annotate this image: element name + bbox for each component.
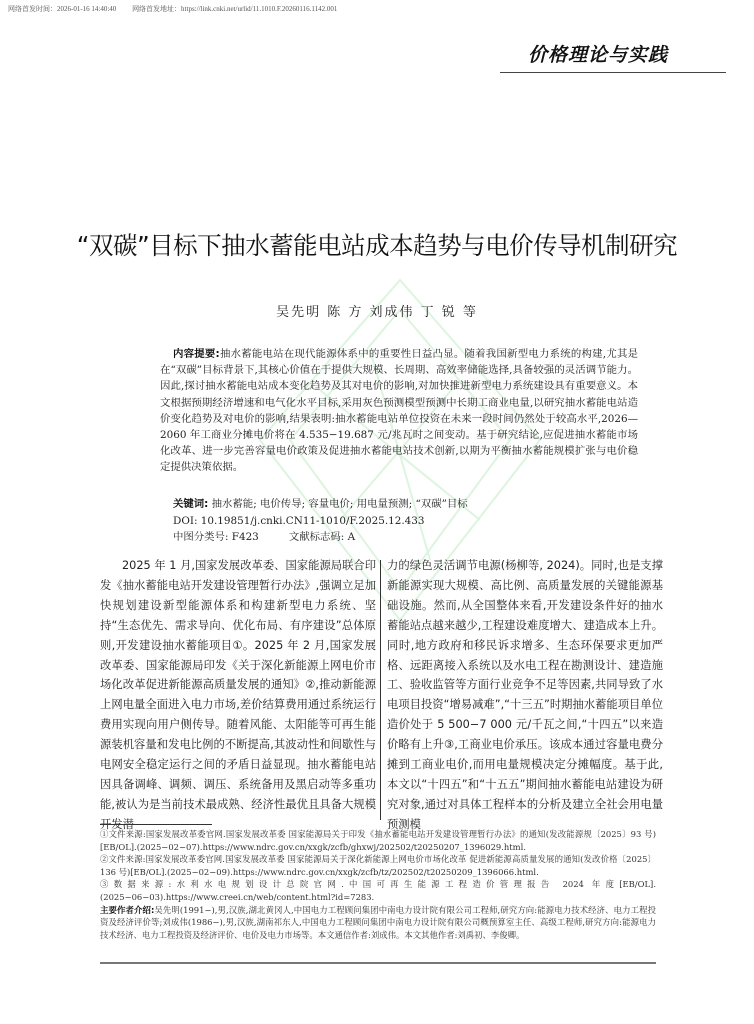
footnote-1: ①文件来源:国家发展改革委官网.国家发展改革委 国家能源局关于印发《抽水蓄能电站… <box>100 828 656 853</box>
footnotes-section: ①文件来源:国家发展改革委官网.国家发展改革委 国家能源局关于印发《抽水蓄能电站… <box>100 828 656 941</box>
abstract-label: 内容提要: <box>173 348 220 360</box>
journal-name: 价格理论与实践 <box>528 40 668 67</box>
article-title: “双碳”目标下抽水蓄能电站成本趋势与电价传导机制研究 <box>0 227 754 262</box>
keywords-label: 关键词: <box>173 498 208 510</box>
online-publication-info: 网络首发时间：2026-01-16 14:40:40 网络首发地址：https:… <box>8 4 351 14</box>
body-right-column: 力的绿色灵活调节电源(杨柳等, 2024)。同时,也是支撑新能源实现大规模、高比… <box>387 556 663 835</box>
header-rule <box>500 72 726 73</box>
article-authors: 吴先明 陈 方 刘成伟 丁 锐 等 <box>0 301 754 320</box>
footnote-3: ③数据来源:水利水电规划设计总院官网.中国可再生能源工程造价管理报告 2024 … <box>100 878 656 903</box>
keywords-text: 抽水蓄能; 电价传导; 容量电价; 用电量预测; “双碳”目标 <box>212 498 468 510</box>
document-code: 文献标志码: A <box>289 531 355 543</box>
page-bottom-rule <box>100 962 656 964</box>
publish-time: 网络首发时间：2026-01-16 14:40:40 <box>8 5 116 13</box>
doi[interactable]: DOI: 10.19851/j.cnki.CN11-1010/F.2025.12… <box>173 513 643 530</box>
body-paragraph: 力的绿色灵活调节电源(杨柳等, 2024)。同时,也是支撑新能源实现大规模、高比… <box>387 556 663 835</box>
publish-url[interactable]: 网络首发地址：https://link.cnki.net/urlid/11.10… <box>132 5 337 13</box>
footnote-rule <box>100 824 212 825</box>
author-intro: 主要作者介绍:吴先明(1991−),男,汉族,湖北黄冈人,中国电力工程顾问集团中… <box>100 904 656 942</box>
body-left-column: 2025 年 1 月,国家发展改革委、国家能源局联合印发《抽水蓄能电站开发建设管… <box>100 556 376 835</box>
footnote-2: ②文件来源:国家发展改革委官网.国家发展改革委 国家能源局关于深化新能源上网电价… <box>100 853 656 878</box>
author-intro-text: 吴先明(1991−),男,汉族,湖北黄冈人,中国电力工程顾问集团中南电力设计院有… <box>100 905 656 940</box>
body-paragraph: 2025 年 1 月,国家发展改革委、国家能源局联合印发《抽水蓄能电站开发建设管… <box>100 556 376 835</box>
article-metadata: 关键词: 抽水蓄能; 电价传导; 容量电价; 用电量预测; “双碳”目标 DOI… <box>173 496 643 546</box>
abstract-section: 内容提要:抽水蓄能电站在现代能源体系中的重要性日益凸显。随着我国新型电力系统的构… <box>160 346 638 476</box>
author-intro-label: 主要作者介绍: <box>100 905 154 915</box>
abstract-text: 抽水蓄能电站在现代能源体系中的重要性日益凸显。随着我国新型电力系统的构建,尤其是… <box>160 348 638 473</box>
classification-number: 中图分类号: F423 <box>173 531 259 543</box>
column-divider <box>380 560 381 820</box>
